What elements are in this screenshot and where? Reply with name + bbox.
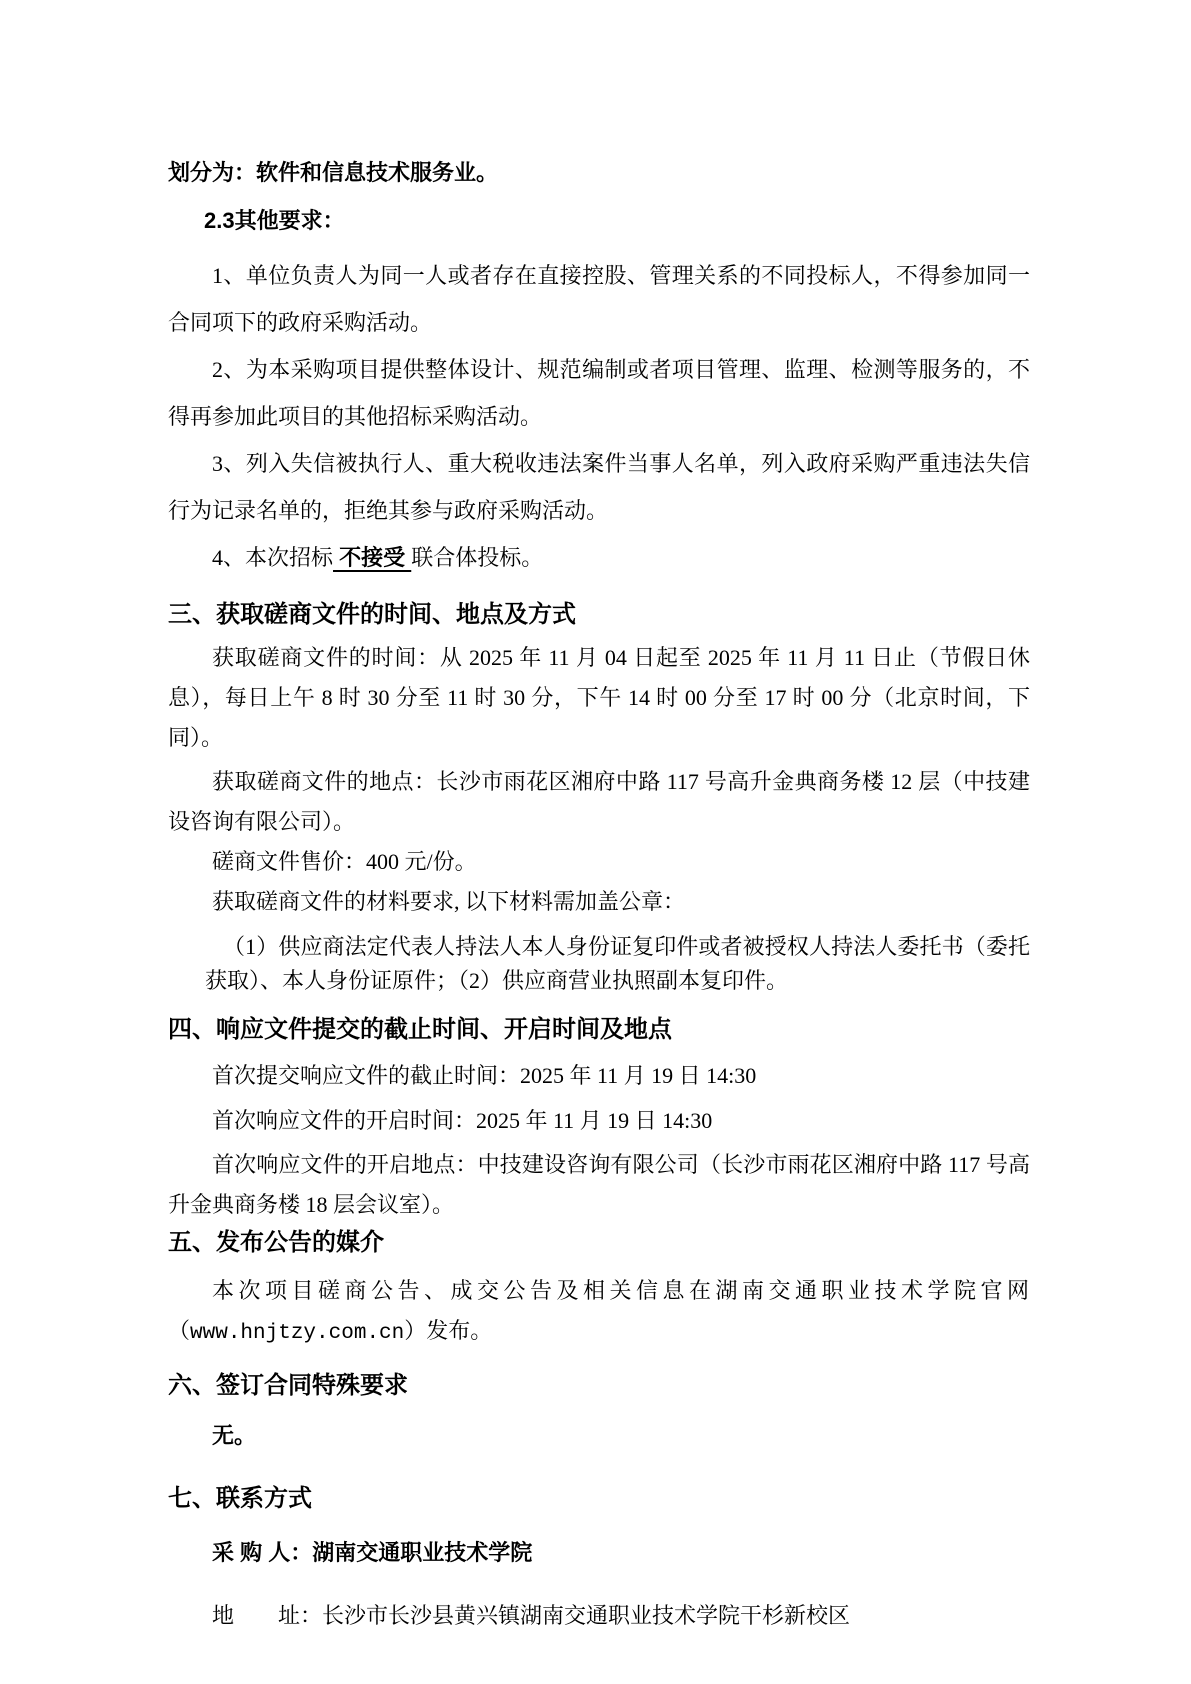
address-line: 地 址：长沙市长沙县黄兴镇湖南交通职业技术学院干杉新校区	[168, 1596, 1030, 1636]
announcement-url-open-paren: （	[168, 1318, 190, 1343]
announcement-website-url: www.hnjtzy.com.cn	[190, 1322, 404, 1345]
materials-requirement-detail: （1）供应商法定代表人持法人本人身份证复印件或者被授权人持法人委托书（委托获取）…	[205, 930, 1030, 998]
section-4-heading: 四、响应文件提交的截止时间、开启时间及地点	[168, 1012, 1030, 1048]
document-acquisition-time: 获取磋商文件的时间：从 2025 年 11 月 04 日起至 2025 年 11…	[168, 638, 1030, 758]
announcement-media-line-1: 本次项目磋商公告、成交公告及相关信息在湖南交通职业技术学院官网	[168, 1271, 1030, 1311]
address-label: 地 址：	[212, 1603, 322, 1628]
classification-line: 划分为：软件和信息技术服务业。	[168, 158, 1030, 188]
requirement-4-prefix: 4、本次招标	[212, 545, 333, 570]
buyer-label: 采 购 人：	[212, 1540, 312, 1565]
announcement-media-paragraph: 本次项目磋商公告、成交公告及相关信息在湖南交通职业技术学院官网 （www.hnj…	[168, 1271, 1030, 1354]
section-5-heading: 五、发布公告的媒介	[168, 1225, 1030, 1261]
address-value: 长沙市长沙县黄兴镇湖南交通职业技术学院干杉新校区	[322, 1603, 850, 1628]
document-price: 磋商文件售价：400 元/份。	[168, 842, 1030, 882]
requirement-4-suffix: 联合体投标。	[411, 545, 543, 570]
materials-requirement-intro: 获取磋商文件的材料要求, 以下材料需加盖公章：	[168, 882, 1030, 922]
requirement-item-1: 1、单位负责人为同一人或者存在直接控股、管理关系的不同投标人，不得参加同一合同项…	[168, 252, 1030, 346]
announcement-url-close-suffix: ）发布。	[404, 1318, 492, 1343]
requirement-4-no-consortium-emphasis: 不接受	[333, 545, 411, 570]
section-3-heading: 三、获取磋商文件的时间、地点及方式	[168, 597, 1030, 633]
special-contract-requirement-none: 无。	[168, 1416, 1030, 1456]
announcement-media-line-2: （www.hnjtzy.com.cn）发布。	[168, 1311, 1030, 1354]
opening-place: 首次响应文件的开启地点：中技建设咨询有限公司（长沙市雨花区湘府中路 117 号高…	[168, 1145, 1030, 1225]
document-page: 划分为：软件和信息技术服务业。 2.3其他要求： 1、单位负责人为同一人或者存在…	[0, 0, 1191, 1684]
submission-deadline: 首次提交响应文件的截止时间：2025 年 11 月 19 日 14:30	[168, 1056, 1030, 1096]
requirement-item-3: 3、列入失信被执行人、重大税收违法案件当事人名单，列入政府采购严重违法失信行为记…	[168, 440, 1030, 534]
buyer-value: 湖南交通职业技术学院	[312, 1540, 532, 1565]
buyer-line: 采 购 人：湖南交通职业技术学院	[168, 1533, 1030, 1573]
requirement-item-4: 4、本次招标 不接受 联合体投标。	[168, 534, 1030, 581]
opening-time: 首次响应文件的开启时间：2025 年 11 月 19 日 14:30	[168, 1101, 1030, 1141]
document-acquisition-place: 获取磋商文件的地点：长沙市雨花区湘府中路 117 号高升金典商务楼 12 层（中…	[168, 762, 1030, 842]
section-6-heading: 六、签订合同特殊要求	[168, 1368, 1030, 1404]
section-7-heading: 七、联系方式	[168, 1481, 1030, 1517]
subsection-2-3-heading: 2.3其他要求：	[168, 206, 1030, 236]
requirement-item-2: 2、为本采购项目提供整体设计、规范编制或者项目管理、监理、检测等服务的，不得再参…	[168, 346, 1030, 440]
